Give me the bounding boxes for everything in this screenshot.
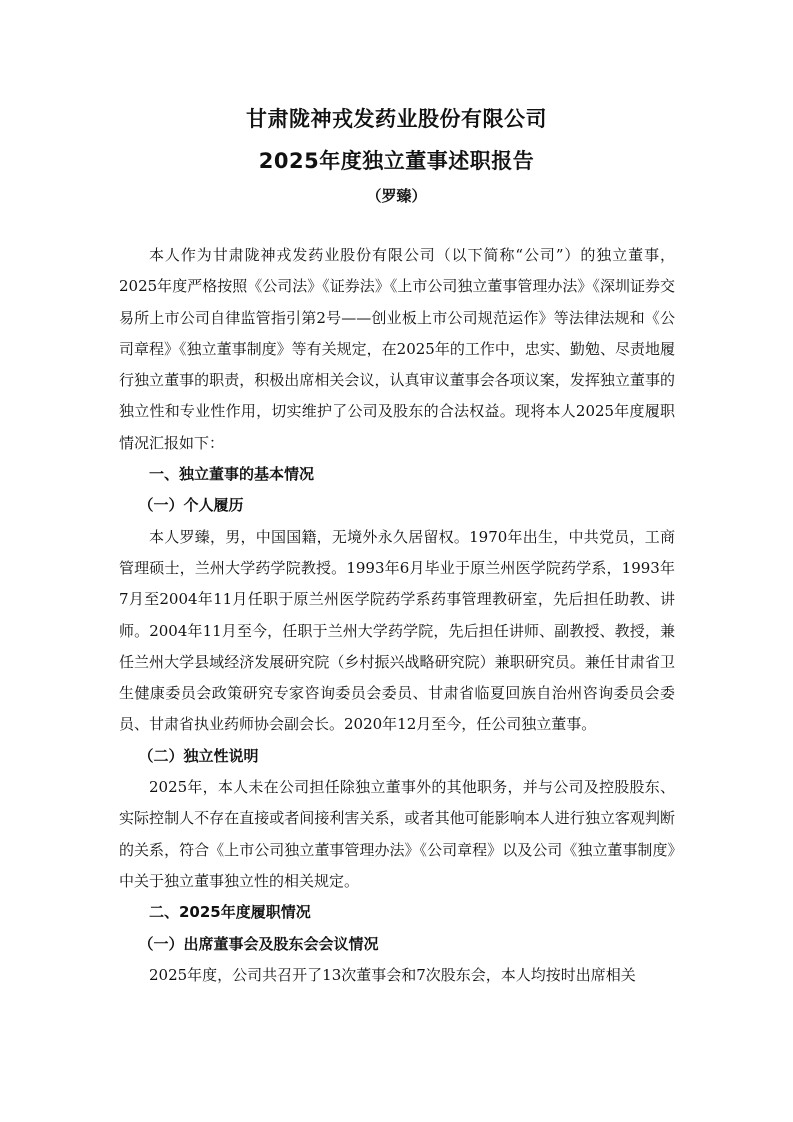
section-heading-duties: 二、2025年度履职情况	[119, 897, 675, 928]
company-title: 甘肃陇神戎发药业股份有限公司	[0, 103, 793, 133]
meetings-paragraph: 2025年度，公司共召开了13次董事会和7次股东会，本人均按时出席相关	[119, 960, 675, 991]
intro-paragraph: 本人作为甘肃陇神戎发药业股份有限公司（以下简称“公司”）的独立董事，2025年度…	[119, 240, 675, 459]
subsection-heading-independence: （二）独立性说明	[119, 741, 675, 772]
resume-paragraph: 本人罗臻，男，中国国籍，无境外永久居留权。1970年出生，中共党员，工商管理硕士…	[119, 522, 675, 741]
author-name: （罗臻）	[0, 185, 793, 206]
report-title: 2025年度独立董事述职报告	[0, 145, 793, 175]
report-body: 本人作为甘肃陇神戎发药业股份有限公司（以下简称“公司”）的独立董事，2025年度…	[119, 240, 675, 991]
subsection-heading-meetings: （一）出席董事会及股东会会议情况	[119, 929, 675, 960]
section-heading-basic-info: 一、独立董事的基本情况	[119, 459, 675, 490]
subsection-heading-resume: （一）个人履历	[119, 490, 675, 521]
independence-paragraph: 2025年，本人未在公司担任除独立董事外的其他职务，并与公司及控股股东、实际控制…	[119, 772, 675, 897]
document-page: 甘肃陇神戎发药业股份有限公司 2025年度独立董事述职报告 （罗臻） 本人作为甘…	[0, 0, 793, 1122]
